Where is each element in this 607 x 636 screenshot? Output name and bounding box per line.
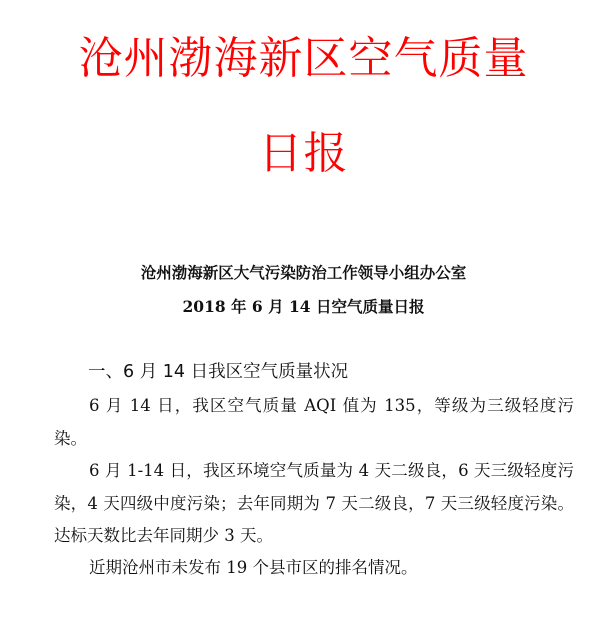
report-date-line: 2018 年 6 月 14 日空气质量日报 bbox=[0, 297, 607, 317]
paragraph-ranking-note: 近期沧州市未发布 19 个县市区的排名情况。 bbox=[54, 552, 574, 585]
section-heading: 一、6 月 14 日我区空气质量状况 bbox=[88, 360, 348, 384]
report-title-line-2: 日报 bbox=[0, 128, 607, 180]
paragraph-daily-aqi: 6 月 14 日，我区空气质量 AQI 值为 135，等级为三级轻度污染。 bbox=[54, 390, 574, 455]
report-title-line-1: 沧州渤海新区空气质量 bbox=[0, 33, 607, 85]
paragraph-monthly-summary: 6 月 1-14 日，我区环境空气质量为 4 天二级良，6 天三级轻度污染，4 … bbox=[54, 455, 574, 553]
issuing-organization: 沧州渤海新区大气污染防治工作领导小组办公室 bbox=[0, 263, 607, 283]
